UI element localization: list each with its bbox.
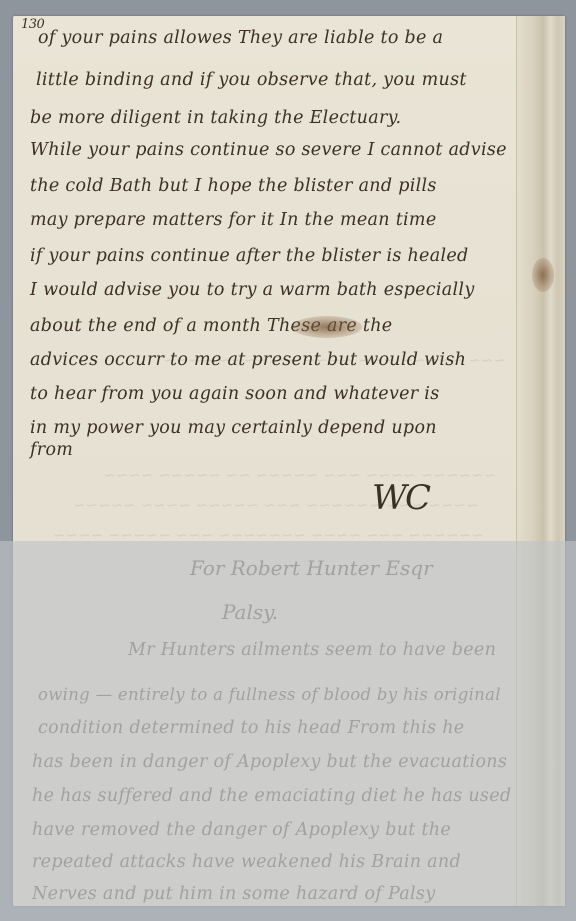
letter-line: if your pains continue after the blister… xyxy=(30,246,469,266)
recipient-heading: For Robert Hunter Esqr xyxy=(190,556,433,580)
entry-line: condition determined to his head From th… xyxy=(38,718,464,738)
letter-line: the cold Bath but I hope the blister and… xyxy=(30,176,437,196)
letter-line: little binding and if you observe that, … xyxy=(36,70,467,90)
letter-line: of your pains allowes They are liable to… xyxy=(38,28,443,48)
page-gutter xyxy=(516,16,565,906)
letter-line: in my power you may certainly depend upo… xyxy=(30,418,437,438)
entry-line: have removed the danger of Apoplexy but … xyxy=(32,820,451,840)
letter-line: be more diligent in taking the Electuary… xyxy=(30,108,401,128)
letter-line: to hear from you again soon and whatever… xyxy=(30,384,440,404)
letter-line: While your pains continue so severe I ca… xyxy=(30,140,507,160)
subject-heading: Palsy. xyxy=(222,600,278,624)
bleed-through-text: ~~~~~~ ~~~ ~~~~ ~~~~~~~ ~~~ ~~~~~ ~~~~ xyxy=(53,526,484,544)
entry-line: repeated attacks have weakened his Brain… xyxy=(32,852,461,872)
ink-stain xyxy=(532,258,554,292)
letter-line: advices occurr to me at present but woul… xyxy=(30,350,466,370)
entry-line: Nerves and put him in some hazard of Pal… xyxy=(32,884,435,904)
letter-line: from xyxy=(30,440,73,460)
entry-line: Mr Hunters ailments seem to have been xyxy=(128,640,496,660)
signature: WC xyxy=(372,478,429,518)
entry-line: owing — entirely to a fullness of blood … xyxy=(38,685,501,704)
letter-line: may prepare matters for it In the mean t… xyxy=(30,210,436,230)
entry-line: he has suffered and the emaciating diet … xyxy=(32,786,511,806)
ink-stain xyxy=(292,316,362,338)
letter-line: I would advise you to try a warm bath es… xyxy=(30,280,475,300)
bleed-through-text: ~~~~~~ ~~~~ ~~~ ~~~~~ ~~ ~~~~~ ~~~~ xyxy=(103,466,496,484)
entry-line: has been in danger of Apoplexy but the e… xyxy=(32,752,507,772)
